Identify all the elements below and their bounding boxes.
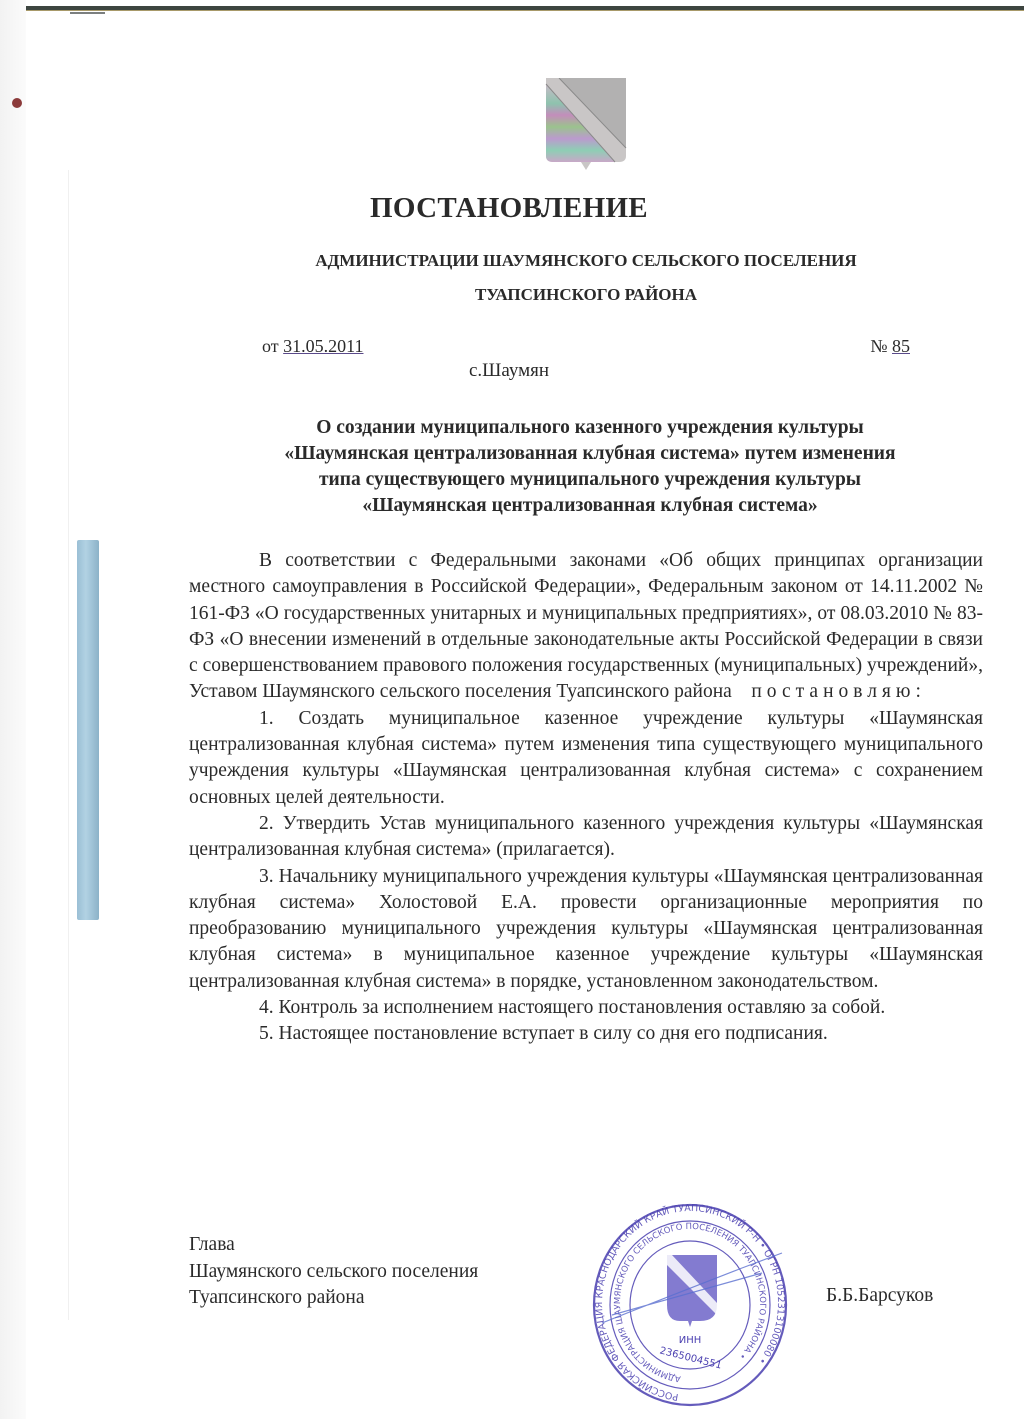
position-line: Шаумянского сельского поселения	[189, 1259, 478, 1286]
issuer-line-2: ТУАПСИНСКОГО РАЙОНА	[258, 278, 914, 312]
scan-edge-mark	[70, 12, 105, 14]
scan-top-edge	[26, 6, 1024, 11]
preamble-paragraph: В соответствии с Федеральными законами «…	[189, 548, 983, 706]
signatory-name: Б.Б.Барсуков	[826, 1285, 933, 1307]
item-paragraph: 2. Утвердить Устав муниципального казенн…	[189, 811, 983, 864]
signatory-position: Глава Шаумянского сельского поселения Ту…	[189, 1232, 478, 1312]
preamble-text: В соответствии с Федеральными законами «…	[189, 550, 983, 702]
document-number-block: № 85	[870, 336, 910, 357]
issuer-line-1: АДМИНИСТРАЦИИ ШАУМЯНСКОГО СЕЛЬСКОГО ПОСЕ…	[258, 244, 914, 278]
svg-text:2365004551: 2365004551	[658, 1346, 722, 1372]
item-paragraph: 4. Контроль за исполнением настоящего по…	[189, 995, 983, 1021]
svg-text:ИНН: ИНН	[679, 1335, 702, 1346]
document-title: ПОСТАНОВЛЕНИЕ	[0, 192, 1024, 225]
date-number-row: от 31.05.2011 № 85	[262, 336, 910, 357]
position-line: Туапсинского района	[189, 1285, 478, 1312]
document-body: В соответствии с Федеральными законами «…	[189, 548, 983, 1048]
document-subject: О создании муниципального казенного учре…	[200, 415, 980, 519]
document-number: 85	[892, 336, 910, 356]
subject-line: «Шаумянская централизованная клубная сис…	[200, 441, 980, 467]
coat-of-arms-icon	[545, 78, 627, 170]
item-paragraph: 5. Настоящее постановление вступает в си…	[189, 1021, 983, 1047]
position-line: Глава	[189, 1232, 478, 1259]
number-prefix: №	[870, 336, 887, 356]
scan-speck	[12, 98, 22, 108]
binding-ribbon	[77, 540, 99, 920]
date-prefix: от	[262, 336, 279, 356]
document-place: с.Шаумян	[0, 360, 1024, 382]
subject-line: типа существующего муниципального учрежд…	[200, 467, 980, 493]
document-date: 31.05.2011	[283, 336, 363, 356]
paper-crease	[68, 170, 69, 1320]
issuer-block: АДМИНИСТРАЦИИ ШАУМЯНСКОГО СЕЛЬСКОГО ПОСЕ…	[258, 244, 914, 312]
subject-line: «Шаумянская централизованная клубная сис…	[200, 493, 980, 519]
subject-line: О создании муниципального казенного учре…	[200, 415, 980, 441]
item-paragraph: 3. Начальнику муниципального учреждения …	[189, 864, 983, 995]
decree-word: постановляю:	[751, 681, 926, 702]
official-stamp-icon: РОССИЙСКАЯ ФЕДЕРАЦИЯ КРАСНОДАРСКИЙ КРАЙ …	[592, 1203, 788, 1408]
item-paragraph: 1. Создать муниципальное казенное учрежд…	[189, 706, 983, 811]
